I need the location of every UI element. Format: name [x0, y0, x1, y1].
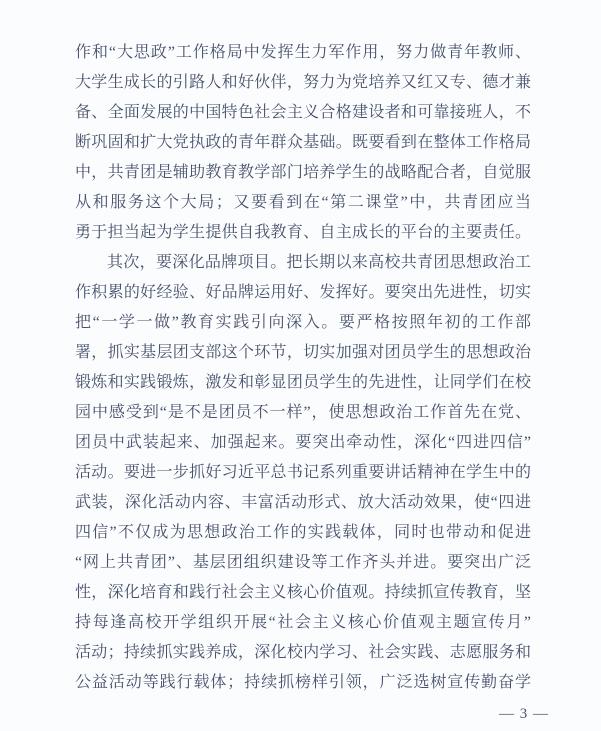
- text-line: 持每逢高校开学组织开展“社会主义核心价值观主题宣传月”: [75, 608, 531, 638]
- text-block: 作和“大思政”工作格局中发挥生力军作用，努力做青年教师、大学生成长的引路人和好伙…: [75, 38, 531, 698]
- page-number: — 3 —: [499, 706, 549, 723]
- text-line: 中，共青团是辅助教育教学部门培养学生的战略配合者，自觉服: [75, 158, 531, 188]
- document-page: 作和“大思政”工作格局中发挥生力军作用，努力做青年教师、大学生成长的引路人和好伙…: [0, 0, 601, 731]
- text-line: 作积累的好经验、好品牌运用好、发挥好。要突出先进性，切实: [75, 278, 531, 308]
- text-line: 公益活动等践行载体；持续抓榜样引领，广泛选树宣传勤奋学: [75, 668, 531, 698]
- text-line: 从和服务这个大局；又要看到在“第二课堂”中，共青团应当: [75, 188, 531, 218]
- text-line: 团员中武装起来、加强起来。要突出牵动性，深化“四进四信”: [75, 428, 531, 458]
- text-line: 其次，要深化品牌项目。把长期以来高校共青团思想政治工: [75, 248, 531, 278]
- text-line: 四信”不仅成为思想政治工作的实践载体，同时也带动和促进: [75, 518, 531, 548]
- text-line: 活动；持续抓实践养成，深化校内学习、社会实践、志愿服务和: [75, 638, 531, 668]
- text-line: 锻炼和实践锻炼，激发和彰显团员学生的先进性，让同学们在校: [75, 368, 531, 398]
- text-line: “网上共青团”、基层团组织建设等工作齐头并进。要突出广泛: [75, 548, 531, 578]
- text-line: 活动。要进一步抓好习近平总书记系列重要讲话精神在学生中的: [75, 458, 531, 488]
- text-line: 断巩固和扩大党执政的青年群众基础。既要看到在整体工作格局: [75, 128, 531, 158]
- text-line: 武装，深化活动内容、丰富活动形式、放大活动效果，使“四进: [75, 488, 531, 518]
- text-line: 把“一学一做”教育实践引向深入。要严格按照年初的工作部: [75, 308, 531, 338]
- text-line: 署，抓实基层团支部这个环节，切实加强对团员学生的思想政治: [75, 338, 531, 368]
- text-line: 性，深化培育和践行社会主义核心价值观。持续抓宣传教育，坚: [75, 578, 531, 608]
- text-line: 大学生成长的引路人和好伙伴，努力为党培养又红又专、德才兼: [75, 68, 531, 98]
- text-line: 作和“大思政”工作格局中发挥生力军作用，努力做青年教师、: [75, 38, 531, 68]
- text-line: 园中感受到“是不是团员不一样”，使思想政治工作首先在党、: [75, 398, 531, 428]
- text-line: 勇于担当起为学生提供自我教育、自主成长的平台的主要责任。: [75, 218, 531, 248]
- text-line: 备、全面发展的中国特色社会主义合格建设者和可靠接班人，不: [75, 98, 531, 128]
